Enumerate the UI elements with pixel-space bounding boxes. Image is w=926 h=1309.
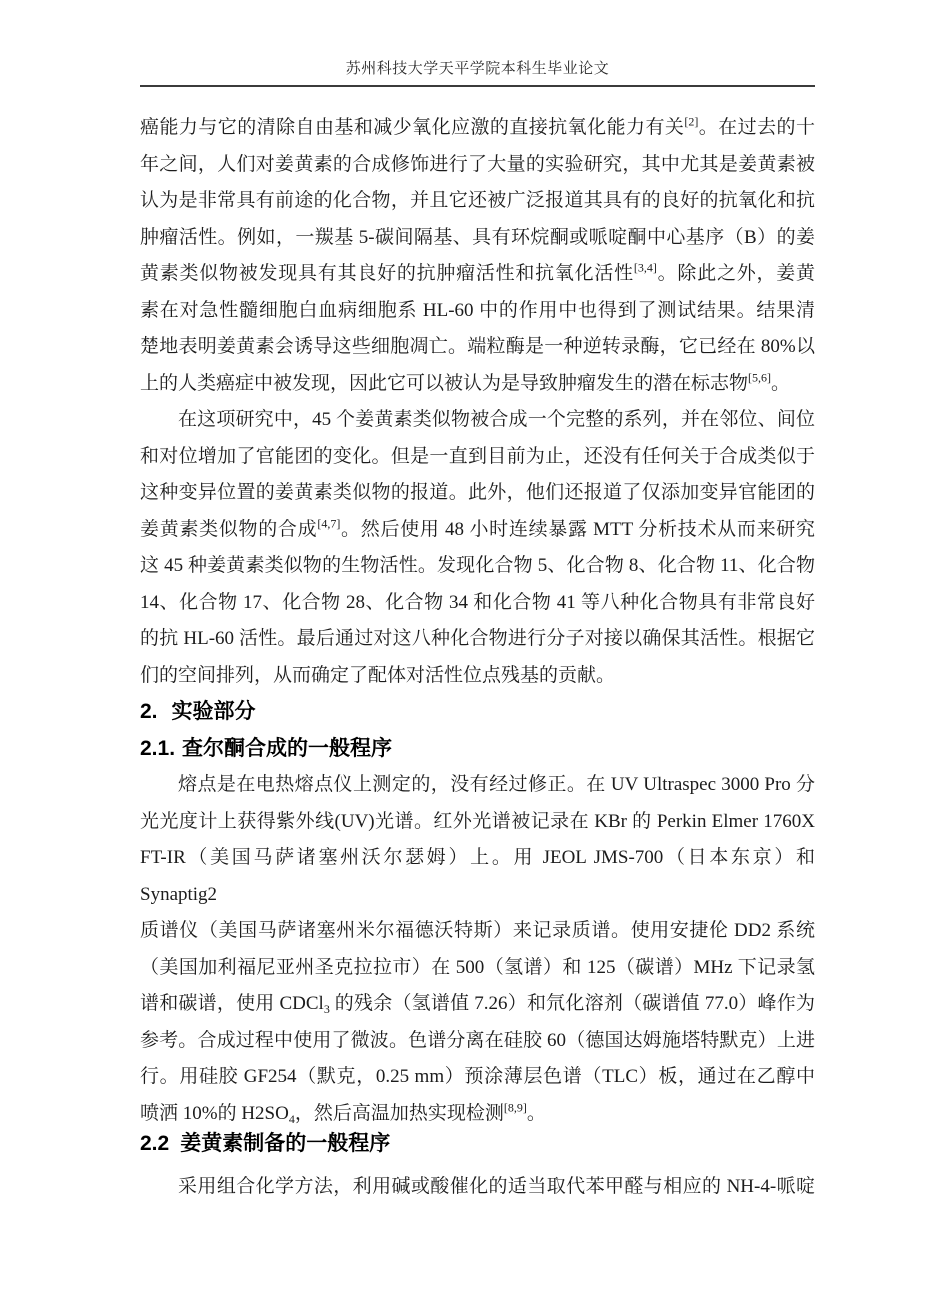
text-line: 和对位增加了官能团的变化。但是一直到目前为止，还没有任何关于合成类似于 [140, 439, 815, 476]
text-line: （美国加利福尼亚州圣克拉拉市）在 500（氢谱）和 125（碳谱）MHz 下记录… [140, 950, 815, 987]
text-line: 素在对急性髓细胞白血病细胞系 HL-60 中的作用中也得到了测试结果。结果清 [140, 293, 815, 330]
line-text: 。 [771, 373, 790, 394]
line-text: 的残余（氢谱值 7.26）和氘化溶剂（碳谱值 77.0）峰作为 [330, 993, 815, 1014]
section-heading-2-1: 2.1.查尔酮合成的一般程序 [140, 731, 815, 768]
text-line: 熔点是在电热熔点仪上测定的，没有经过修正。在 UV Ultraspec 3000… [140, 767, 815, 804]
text-line: 行。用硅胶 GF254（默克，0.25 mm）预涂薄层色谱（TLC）板，通过在乙… [140, 1059, 815, 1096]
citation-ref: [3,4] [634, 261, 657, 275]
line-text: 喷洒 10%的 H2SO [140, 1103, 289, 1124]
section-heading-2: 2.实验部分 [140, 694, 815, 731]
line-text: 癌能力与它的清除自由基和减少氧化应激的直接抗氧化能力有关 [140, 117, 684, 138]
text-line: 采用组合化学方法，利用碱或酸催化的适当取代苯甲醛与相应的 NH-4-哌啶 [140, 1169, 815, 1206]
text-line: FT-IR（美国马萨诸塞州沃尔瑟姆）上。用 JEOL JMS-700（日本东京）… [140, 840, 815, 913]
citation-ref: [8,9] [504, 1100, 527, 1114]
line-text: 。除此之外，姜黄 [657, 263, 815, 284]
line-text: 。然后使用 48 小时连续暴露 MTT 分析技术从而来研究 [340, 519, 815, 540]
line-text: 黄素类似物被发现具有其良好的抗肿瘤活性和抗氧化活性 [140, 263, 634, 284]
paragraph-2: 在这项研究中，45 个姜黄素类似物被合成一个完整的系列，并在邻位、间位 和对位增… [140, 402, 815, 694]
line-text: 姜黄素类似物的合成 [140, 519, 317, 540]
text-line: 认为是非常具有前途的化合物，并且它还被广泛报道其具有的良好的抗氧化和抗 [140, 183, 815, 220]
text-line: 肿瘤活性。例如，一羰基 5-碳间隔基、具有环烷酮或哌啶酮中心基序（B）的姜 [140, 220, 815, 257]
paragraph-1: 癌能力与它的清除自由基和减少氧化应激的直接抗氧化能力有关[2]。在过去的十 年之… [140, 110, 815, 402]
line-text: 上的人类癌症中被发现，因此它可以被认为是导致肿瘤发生的潜在标志物 [140, 373, 748, 394]
paragraph-3: 熔点是在电热熔点仪上测定的，没有经过修正。在 UV Ultraspec 3000… [140, 767, 815, 1132]
paragraph-4: 采用组合化学方法，利用碱或酸催化的适当取代苯甲醛与相应的 NH-4-哌啶 [140, 1169, 815, 1206]
text-line: 上的人类癌症中被发现，因此它可以被认为是导致肿瘤发生的潜在标志物[5,6]。 [140, 366, 815, 403]
citation-ref: [5,6] [748, 370, 771, 384]
text-line: 姜黄素类似物的合成[4,7]。然后使用 48 小时连续暴露 MTT 分析技术从而… [140, 512, 815, 549]
heading-number: 2. [140, 700, 158, 723]
header-rule [140, 85, 815, 87]
heading-number: 2.1. [140, 737, 175, 760]
text-line: 在这项研究中，45 个姜黄素类似物被合成一个完整的系列，并在邻位、间位 [140, 402, 815, 439]
text-line: 黄素类似物被发现具有其良好的抗肿瘤活性和抗氧化活性[3,4]。除此之外，姜黄 [140, 256, 815, 293]
citation-ref: [2] [684, 115, 698, 129]
text-line: 光光度计上获得紫外线(UV)光谱。红外光谱被记录在 KBr 的 Perkin E… [140, 804, 815, 841]
text-line: 这 45 种姜黄素类似物的生物活性。发现化合物 5、化合物 8、化合物 11、化… [140, 548, 815, 585]
citation-ref: [4,7] [317, 516, 340, 530]
text-line: 年之间，人们对姜黄素的合成修饰进行了大量的实验研究，其中尤其是姜黄素被 [140, 147, 815, 184]
page-header-title: 苏州科技大学天平学院本科生毕业论文 [140, 57, 815, 78]
line-text: 。 [527, 1103, 546, 1124]
text-line: 癌能力与它的清除自由基和减少氧化应激的直接抗氧化能力有关[2]。在过去的十 [140, 110, 815, 147]
text-line: 这种变异位置的姜黄素类似物的报道。此外，他们还报道了仅添加变异官能团的 [140, 475, 815, 512]
text-line: 参考。合成过程中使用了微波。色谱分离在硅胶 60（德国达姆施塔特默克）上进 [140, 1023, 815, 1060]
line-text: 谱和碳谱，使用 CDCl [140, 993, 324, 1014]
document-content: 苏州科技大学天平学院本科生毕业论文 癌能力与它的清除自由基和减少氧化应激的直接抗… [140, 0, 815, 1205]
text-line: 14、化合物 17、化合物 28、化合物 34 和化合物 41 等八种化合物具有… [140, 585, 815, 622]
thesis-page: 苏州科技大学天平学院本科生毕业论文 癌能力与它的清除自由基和减少氧化应激的直接抗… [0, 0, 926, 1309]
heading-number: 2.2 [140, 1132, 169, 1155]
body-text: 癌能力与它的清除自由基和减少氧化应激的直接抗氧化能力有关[2]。在过去的十 年之… [140, 110, 815, 1205]
heading-title: 实验部分 [172, 700, 256, 723]
text-line: 的抗 HL-60 活性。最后通过对这八种化合物进行分子对接以确保其活性。根据它 [140, 621, 815, 658]
heading-title: 查尔酮合成的一般程序 [182, 737, 392, 760]
text-line: 楚地表明姜黄素会诱导这些细胞凋亡。端粒酶是一种逆转录酶，它已经在 80%以 [140, 329, 815, 366]
line-text: 。在过去的十 [698, 117, 815, 138]
heading-title: 姜黄素制备的一般程序 [180, 1132, 390, 1155]
text-line: 谱和碳谱，使用 CDCl3 的残余（氢谱值 7.26）和氘化溶剂（碳谱值 77.… [140, 986, 815, 1023]
text-line: 质谱仪（美国马萨诸塞州米尔福德沃特斯）来记录质谱。使用安捷伦 DD2 系统 [140, 913, 815, 950]
text-line: 们的空间排列，从而确定了配体对活性位点残基的贡献。 [140, 658, 815, 695]
line-text: ，然后高温加热实现检测 [295, 1103, 504, 1124]
